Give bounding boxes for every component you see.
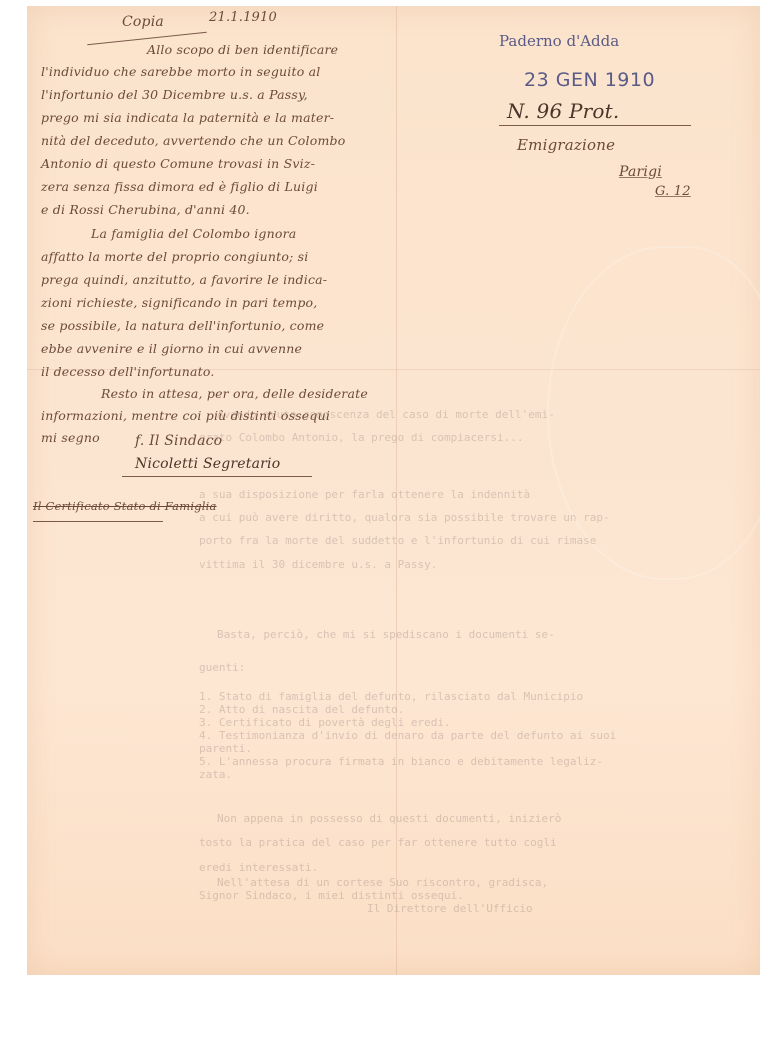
body-line: l'individuo che sarebbe morto in seguito… [41,64,320,79]
typed-line: a cui può avere diritto, qualora sia pos… [199,511,610,524]
body-line: zioni richieste, significando in pari te… [41,295,317,310]
stamp-date: 23 GEN 1910 [524,69,655,91]
body-line: Antonio di questo Comune trovasi in Sviz… [41,156,315,171]
signature-segretario: Nicoletti Segretario [135,456,280,472]
recipient-line-1: Emigrazione [517,136,615,154]
body-line: e di Rossi Cherubina, d'anni 40. [41,202,250,217]
footer-rule [33,521,163,522]
typed-line: vittima il 30 dicembre u.s. a Passy. [199,558,437,571]
typed-line: Basta, perciò, che mi si spediscano i do… [217,628,555,641]
body-line: zera senza fissa dimora ed è figlio di L… [41,179,318,194]
protocol-number: N. 96 Prot. [507,99,619,123]
typed-line: 3. Certificato di povertà degli eredi. [199,716,451,729]
typed-line: 5. L'annessa procura firmata in bianco e… [199,755,603,768]
body-line: Allo scopo di ben identificare [147,42,338,57]
body-line: Resto in attesa, per ora, delle desidera… [101,386,368,401]
body-line: affatto la morte del proprio congiunto; … [41,249,308,264]
body-line: La famiglia del Colombo ignora [91,226,296,241]
typed-line: eredi interessati. [199,861,318,874]
body-line: il decesso dell'infortunato. [41,364,215,379]
body-line: informazioni, mentre coi più distinti os… [41,408,330,423]
typed-line: a sua disposizione per farla ottenere la… [199,488,530,501]
body-line: se possibile, la natura dell'infortunio,… [41,318,324,333]
typed-line: Non appena in possesso di questi documen… [217,812,561,825]
struck-footer-note: Il Certificato Stato di Famiglia [33,499,217,513]
body-line: l'infortunio del 30 Dicembre u.s. a Pass… [41,87,308,102]
body-line: mi segno [41,430,100,445]
typed-line: Nell'attesa di un cortese Suo riscontro,… [217,876,548,889]
typed-line: parenti. [199,742,252,755]
typed-line: grato Colombo Antonio, la prego di compi… [199,431,524,444]
typed-line: Signor Sindaco, i miei distinti ossequi. [199,889,464,902]
body-line: ebbe avvenire e il giorno in cui avvenne [41,341,302,356]
recipient-line-2: Parigi [619,164,662,180]
typed-line: zata. [199,768,232,781]
body-line: nità del deceduto, avvertendo che un Col… [41,133,345,148]
typed-line: tosto la pratica del caso per far ottene… [199,836,557,849]
paper-watermark [547,246,760,580]
typed-line: 2. Atto di nascita del defunto. [199,703,404,716]
copy-label: Copia [122,14,164,30]
protocol-rule [499,125,691,126]
signature-sindaco: f. Il Sindaco [135,433,222,449]
stamp-town: Paderno d'Adda [499,32,619,50]
body-line: prego mi sia indicata la paternità e la … [41,110,334,125]
letter-page: Avendo avuto conoscenza del caso di mort… [27,6,760,975]
typed-line: 4. Testimonianza d'invio di denaro da pa… [199,729,616,742]
typed-line: 1. Stato di famiglia del defunto, rilasc… [199,690,583,703]
body-line: prega quindi, anzitutto, a favorire le i… [41,272,327,287]
recipient-line-3: G. 12 [655,184,691,199]
typed-line: Il Direttore dell'Ufficio [367,902,533,915]
typed-line: porto fra la morte del suddetto e l'info… [199,534,596,547]
header-date: 21.1.1910 [209,10,277,25]
signature-flourish [122,476,312,477]
typed-line: guenti: [199,661,245,674]
